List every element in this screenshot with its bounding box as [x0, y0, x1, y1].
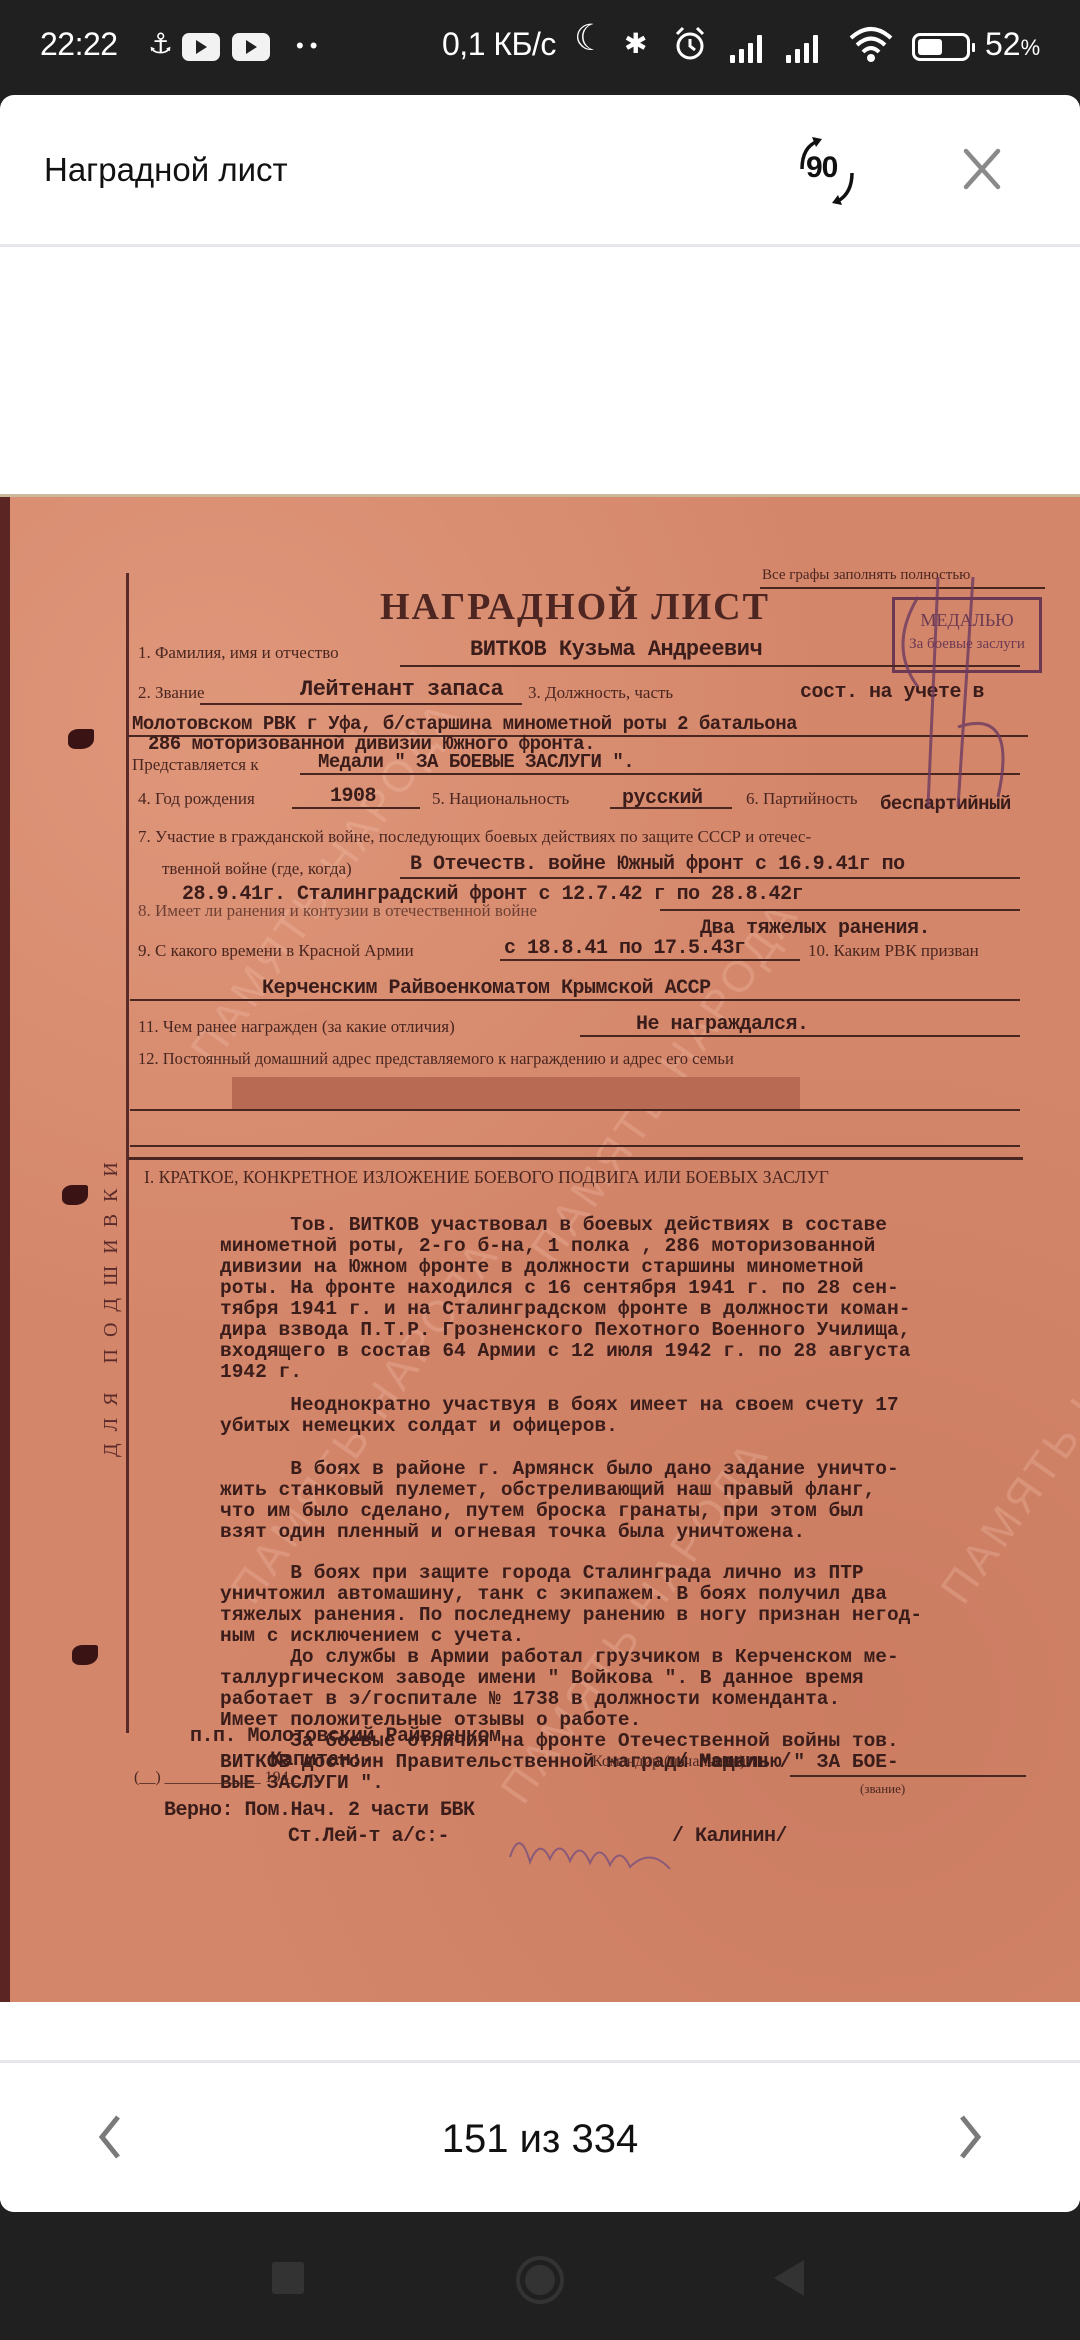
signature-date: (__) ____________ 194__ г. — [134, 1769, 317, 1787]
notification-person-icon: ⚓ — [148, 28, 173, 60]
field-label: 7. Участие в гражданской войне, последую… — [138, 827, 811, 847]
field-value-previous-awards: Не награждался. — [636, 1013, 809, 1036]
rotate-label: 90 — [806, 151, 837, 185]
field-value-award: Медали " ЗА БОЕВЫЕ ЗАСЛУГИ ". — [318, 751, 634, 773]
narrative-paragraph: Неоднократно участвуя в боях имеет на св… — [220, 1395, 899, 1437]
field-label: 1. Фамилия, имя и отчество — [138, 643, 339, 663]
verified-rank: Ст.Лей-т а/с:- — [288, 1825, 449, 1848]
youtube-icon — [182, 33, 220, 61]
home-button[interactable] — [516, 2256, 564, 2304]
clock: 22:22 — [40, 26, 118, 63]
field-label: 10. Каким РВК призван — [808, 941, 979, 961]
youtube-icon — [232, 33, 270, 61]
battery-icon — [912, 33, 970, 61]
bluetooth-icon: ✱ — [624, 28, 647, 60]
punch-hole — [72, 1645, 98, 1665]
close-icon — [952, 139, 1012, 199]
commander-name: / Мамкин / — [676, 1751, 791, 1774]
narrative-paragraph: Тов. ВИТКОВ участвовал в боевых действия… — [220, 1215, 910, 1383]
redacted-address — [232, 1077, 800, 1111]
field-label: 2. Звание — [138, 683, 205, 703]
field-label: 3. Должность, часть — [528, 683, 673, 703]
alarm-icon — [672, 24, 708, 64]
punch-hole — [68, 729, 94, 749]
field-label: 5. Национальность — [432, 789, 569, 809]
punch-hole — [62, 1185, 88, 1205]
section-heading: I. КРАТКОЕ, КОНКРЕТНОЕ ИЗЛОЖЕНИЕ БОЕВОГО… — [144, 1167, 829, 1188]
status-bar: 22:22 ⚓ •• 0,1 КБ/с ☾ ✱ 52% — [0, 0, 1080, 95]
next-page-button[interactable] — [940, 2107, 1000, 2167]
document-image-area[interactable]: ДЛЯ ПОДШИВКИ ПАМЯТЬ НАРОДА ПАМЯТЬ НАРОДА… — [0, 250, 1080, 2060]
award-sheet-scan[interactable]: ДЛЯ ПОДШИВКИ ПАМЯТЬ НАРОДА ПАМЯТЬ НАРОДА… — [0, 494, 1080, 2002]
field-value-rank: Лейтенант запаса — [300, 677, 503, 702]
network-speed: 0,1 КБ/с — [442, 26, 556, 63]
field-value-conscription-office: Керченским Райвоенкоматом Крымской АССР — [262, 977, 711, 1000]
field-value-army-service: с 18.8.41 по 17.5.43г — [504, 937, 746, 960]
close-button[interactable] — [952, 139, 1012, 199]
rank-caption: (звание) — [860, 1781, 905, 1797]
moon-icon: ☾ — [574, 22, 606, 54]
chevron-right-icon — [940, 2107, 1000, 2167]
narrative-paragraph: В боях в районе г. Армянск было дано зад… — [220, 1459, 899, 1543]
side-label: ДЛЯ ПОДШИВКИ — [100, 1150, 123, 1457]
margin-line — [126, 573, 129, 1733]
field-label: 12. Постоянный домашний адрес представля… — [138, 1049, 734, 1069]
viewer-header: Наградной лист 90 — [0, 95, 1080, 247]
signal-icon — [730, 33, 762, 63]
handwritten-mark — [878, 567, 1028, 827]
field-value-name: ВИТКОВ Кузьма Андреевич — [470, 637, 762, 662]
field-label: Представляется к — [132, 755, 259, 775]
watermark: ПАМЯТЬ НАРОДА — [931, 1231, 1080, 1613]
field-value-birth-year: 1908 — [330, 785, 376, 808]
scan-edge — [0, 497, 10, 2002]
system-navigation-bar — [0, 2212, 1080, 2340]
field-value-war-participation: В Отечеств. войне Южный фронт с 16.9.41г… — [410, 853, 905, 876]
battery-percent: 52% — [985, 26, 1040, 63]
verified-line: Верно: Пом.Нач. 2 части БВК — [164, 1799, 475, 1822]
field-label: 4. Год рождения — [138, 789, 255, 809]
document-title: НАГРАДНОЙ ЛИСТ — [380, 585, 770, 629]
field-value-position-cont: Молотовском РВК г Уфа, б/старшина миноме… — [132, 713, 797, 735]
field-label: 9. С какого времени в Красной Армии — [138, 941, 414, 961]
recents-button[interactable] — [272, 2262, 304, 2294]
field-label: 11. Чем ранее награжден (за какие отличи… — [138, 1017, 455, 1037]
rotate-button[interactable]: 90 — [788, 131, 868, 211]
pager: 151 из 334 — [0, 2060, 1080, 2212]
back-button[interactable] — [774, 2260, 804, 2296]
handwritten-signature — [500, 1817, 730, 1887]
wifi-icon — [848, 26, 894, 64]
field-label: 8. Имеет ли ранения и контузии в отечест… — [138, 901, 537, 921]
page-title: Наградной лист — [44, 151, 288, 189]
signature-org: п.п. Молотовский Райвоенком — [190, 1725, 501, 1748]
page-counter: 151 из 334 — [0, 2117, 1080, 2162]
field-label: 6. Партийность — [746, 789, 857, 809]
document-viewer-sheet: Наградной лист 90 ДЛЯ ПОДШИВКИ ПАМЯТЬ НА… — [0, 95, 1080, 2212]
signal-icon — [786, 33, 818, 63]
more-dots-icon: •• — [296, 30, 323, 62]
field-label: твенной войне (где, когда) — [162, 859, 352, 879]
